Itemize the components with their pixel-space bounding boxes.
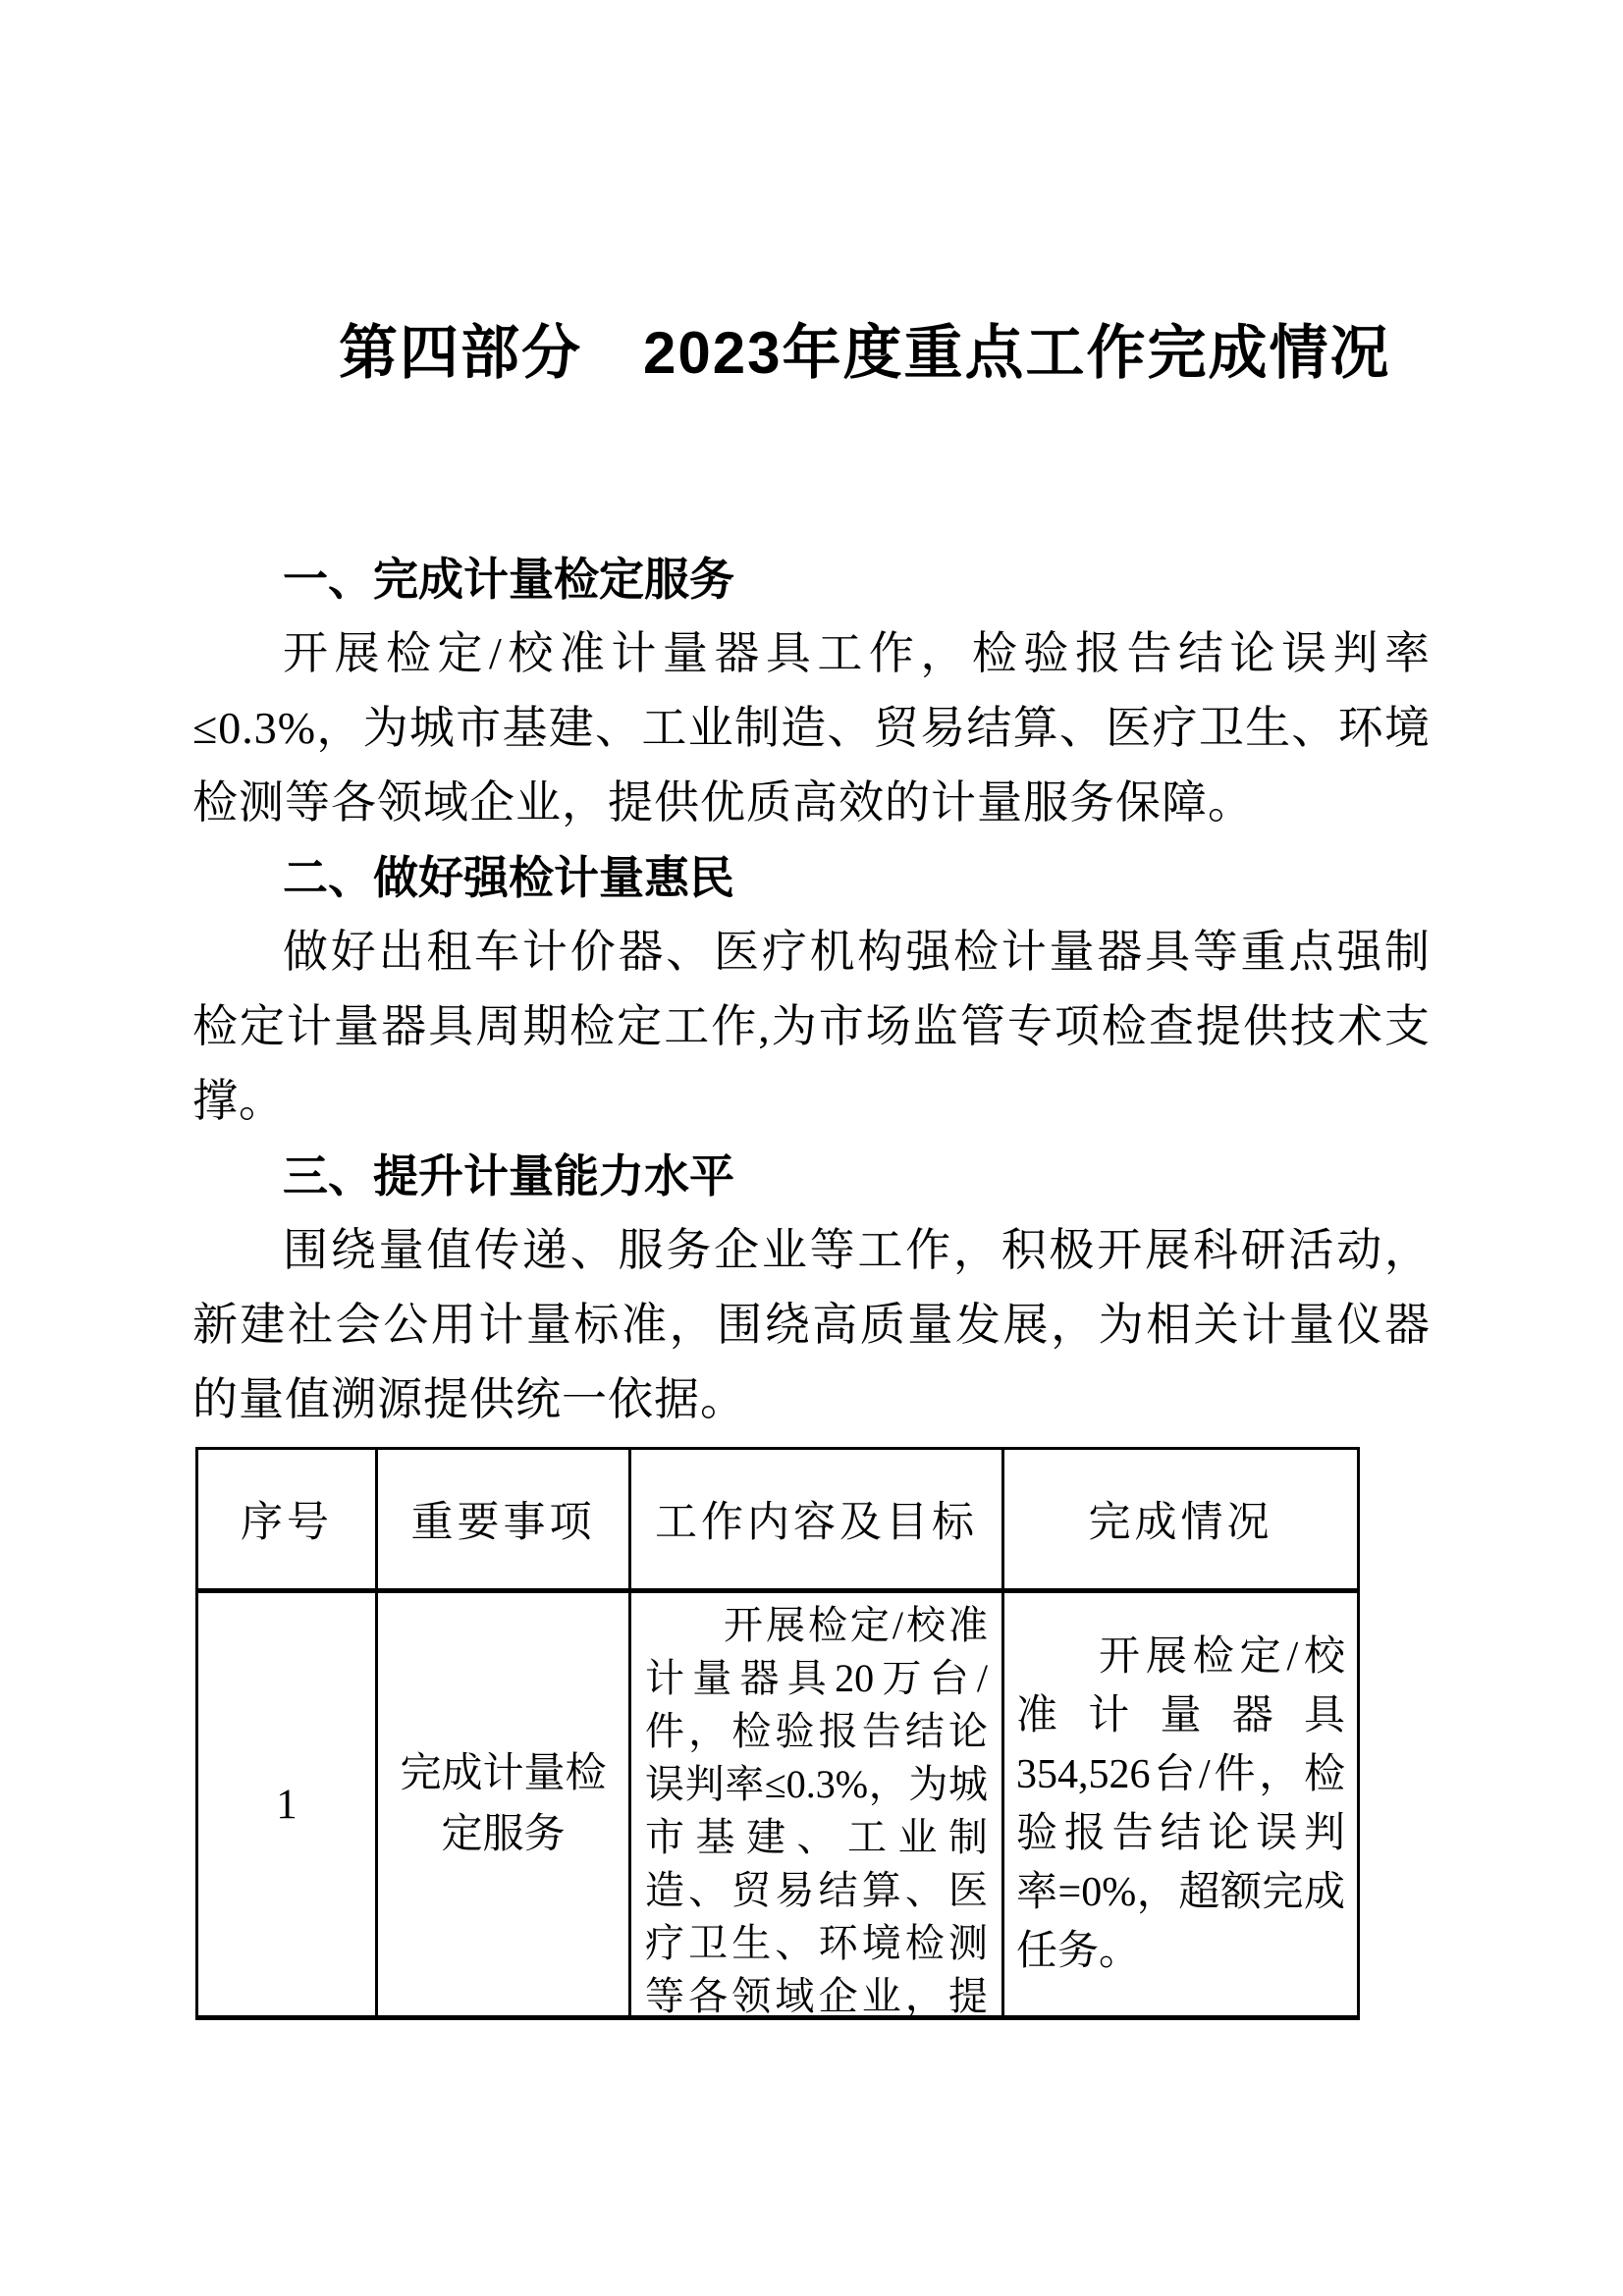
- key-work-table: 序号 重要事项 工作内容及目标 完成情况 1 完成计量检定服务 开展检定/校准计…: [195, 1447, 1360, 2020]
- header-cell-seq: 序号: [197, 1449, 377, 1591]
- header-cell-target: 工作内容及目标: [630, 1449, 1003, 1591]
- table-header-row: 序号 重要事项 工作内容及目标 完成情况: [197, 1449, 1359, 1591]
- section-1-heading: 一、完成计量检定服务: [192, 542, 1431, 616]
- row-cell-target: 开展检定/校准计量器具20万台/件，检验报告结论误判率≤0.3%，为城市基建、工…: [630, 1591, 1003, 2018]
- row-cell-seq: 1: [197, 1591, 377, 2018]
- section-3-heading: 三、提升计量能力水平: [192, 1139, 1431, 1213]
- page-title: 第四部分 2023年度重点工作完成情况: [339, 314, 1390, 393]
- document-page: 第四部分 2023年度重点工作完成情况 一、完成计量检定服务 开展检定/校准计量…: [0, 0, 1623, 2296]
- section-2-paragraph: 做好出租车计价器、医疗机构强检计量器具等重点强制检定计量器具周期检定工作,为市场…: [192, 915, 1431, 1139]
- header-cell-completion: 完成情况: [1003, 1449, 1359, 1591]
- section-3-paragraph: 围绕量值传递、服务企业等工作，积极开展科研活动，新建社会公用计量标准，围绕高质量…: [192, 1213, 1431, 1437]
- header-cell-item: 重要事项: [377, 1449, 630, 1591]
- target-text-clipped: 开展检定/校准计量器具20万台/件，检验报告结论误判率≤0.3%，为城市基建、工…: [645, 1599, 988, 2015]
- table-row: 1 完成计量检定服务 开展检定/校准计量器具20万台/件，检验报告结论误判率≤0…: [197, 1591, 1359, 2018]
- row-cell-completion: 开展检定/校准计量器具354,526台/件，检验报告结论误判率=0%，超额完成任…: [1003, 1591, 1359, 2018]
- row-cell-item: 完成计量检定服务: [377, 1591, 630, 2018]
- document-body: 一、完成计量检定服务 开展检定/校准计量器具工作，检验报告结论误判率≤0.3%，…: [192, 542, 1431, 1437]
- section-2-heading: 二、做好强检计量惠民: [192, 840, 1431, 915]
- section-1-paragraph: 开展检定/校准计量器具工作，检验报告结论误判率≤0.3%，为城市基建、工业制造、…: [192, 616, 1431, 840]
